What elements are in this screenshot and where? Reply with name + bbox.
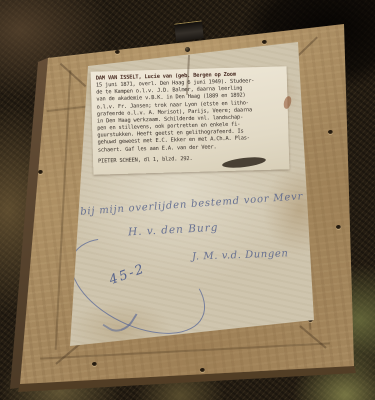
tape-seam	[55, 70, 72, 350]
photo-frame-back: DAM VAN ISSELT, Lucie van (geb. Bergen o…	[0, 0, 375, 400]
nail-hole	[336, 225, 341, 229]
handwritten-name-line: H. v. den Burg	[128, 222, 219, 239]
tape-seam	[40, 342, 330, 359]
handwritten-signature-line: J. M. v.d. Dungen	[192, 248, 289, 262]
handwritten-dedication-line: bij mijn overlijden bestemd voor Mevr	[80, 191, 304, 218]
nail-hole	[200, 368, 205, 372]
nail-hole	[115, 50, 120, 54]
nail-hole	[328, 130, 333, 134]
nail-hole	[38, 170, 43, 174]
nail-hole	[92, 362, 97, 366]
circled-mark-text: 45-2	[107, 261, 147, 288]
tape-corner-fold	[60, 63, 87, 87]
screw	[185, 47, 190, 52]
hanger-bracket	[174, 20, 204, 41]
nail-hole	[262, 40, 267, 44]
